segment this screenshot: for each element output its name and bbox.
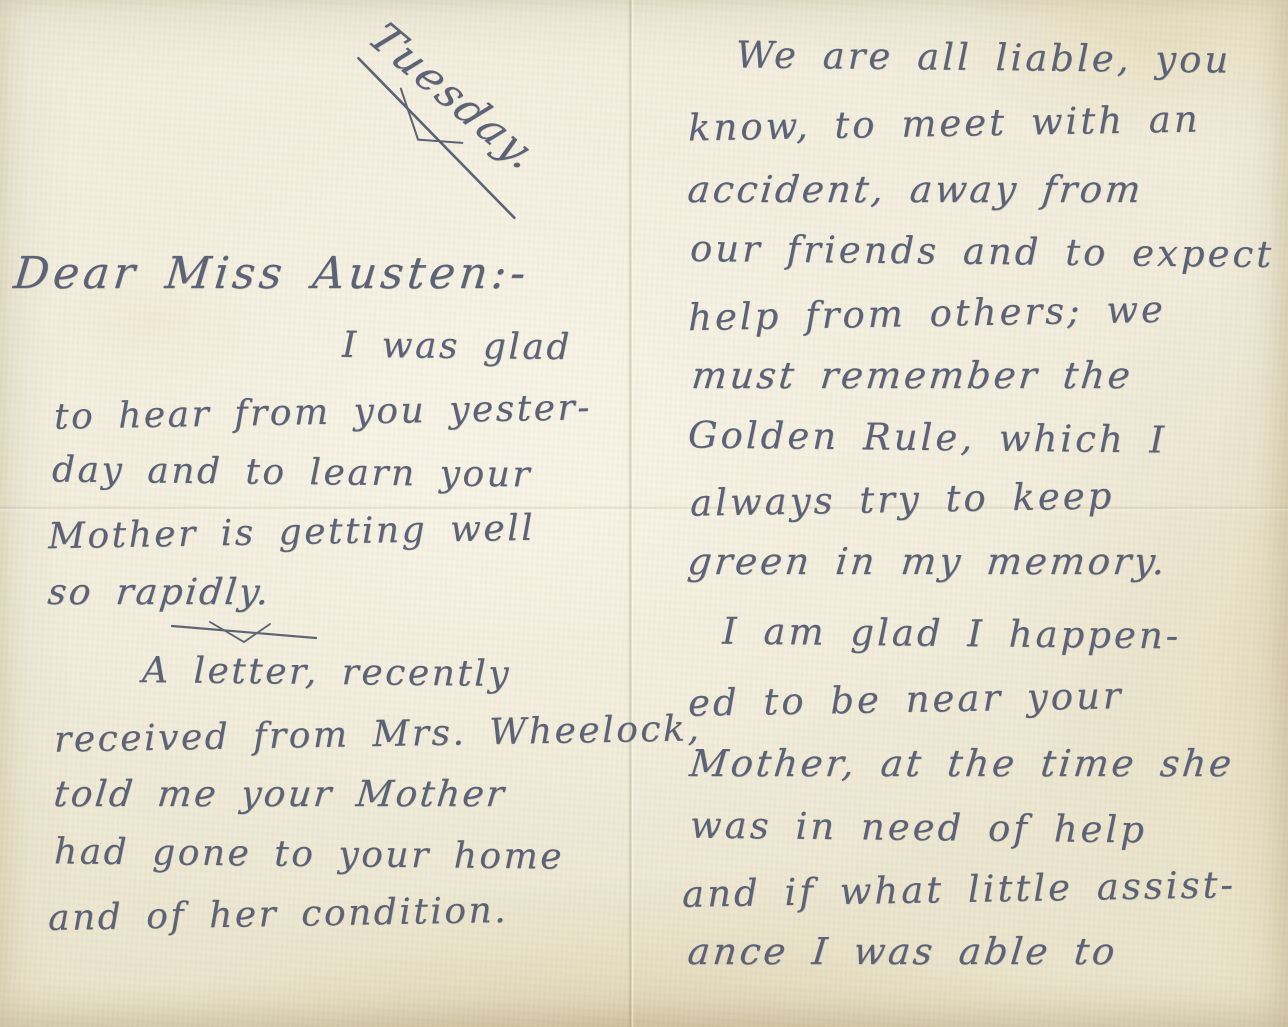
letter-line: ance I was able to (686, 930, 1120, 973)
letter-line: I am glad I happen- (722, 610, 1182, 658)
letter-line: had gone to your home (54, 831, 564, 877)
letter-line: help from others; we (688, 288, 1167, 339)
letter-line: know, to meet with an (688, 98, 1201, 150)
letter-line: We are all liable, you (736, 33, 1232, 81)
letter-line: was in need of help (690, 804, 1147, 852)
date-line-group: Tuesday. (337, 12, 568, 225)
letter-line: and if what little assist- (682, 863, 1237, 916)
letter-line: green in my memory. (686, 540, 1170, 583)
letter-line: day and to learn your (52, 449, 532, 495)
letter-line: A letter, recently (142, 650, 512, 695)
salutation: Dear Miss Austen:- (11, 248, 532, 299)
letter-line: ed to be near your (688, 674, 1124, 725)
underline-flourish-icon (170, 620, 320, 646)
letter-line: I was glad (342, 325, 572, 368)
letter-line: Golden Rule, which I (688, 413, 1167, 461)
letter-line: to hear from you yester- (54, 387, 593, 437)
vertical-fold-crease (628, 0, 634, 1027)
letter-line: received from Mrs. Wheelock, (54, 708, 702, 760)
letter-line: our friends and to expect (690, 227, 1275, 276)
letter-line: told me your Mother (52, 774, 508, 815)
letter-line: Mother, at the time she (688, 742, 1237, 785)
letter-line: accident, away from (686, 168, 1146, 211)
letter-line: Mother is getting well (48, 508, 536, 557)
letter-line: must remember the (690, 354, 1135, 397)
letter-line: and of her condition. (48, 890, 509, 939)
letter-line: so rapidly. (46, 572, 273, 613)
letter-line: always try to keep (690, 474, 1115, 524)
letter-sheet: Tuesday. Dear Miss Austen:- I was glad t… (0, 0, 1288, 1027)
